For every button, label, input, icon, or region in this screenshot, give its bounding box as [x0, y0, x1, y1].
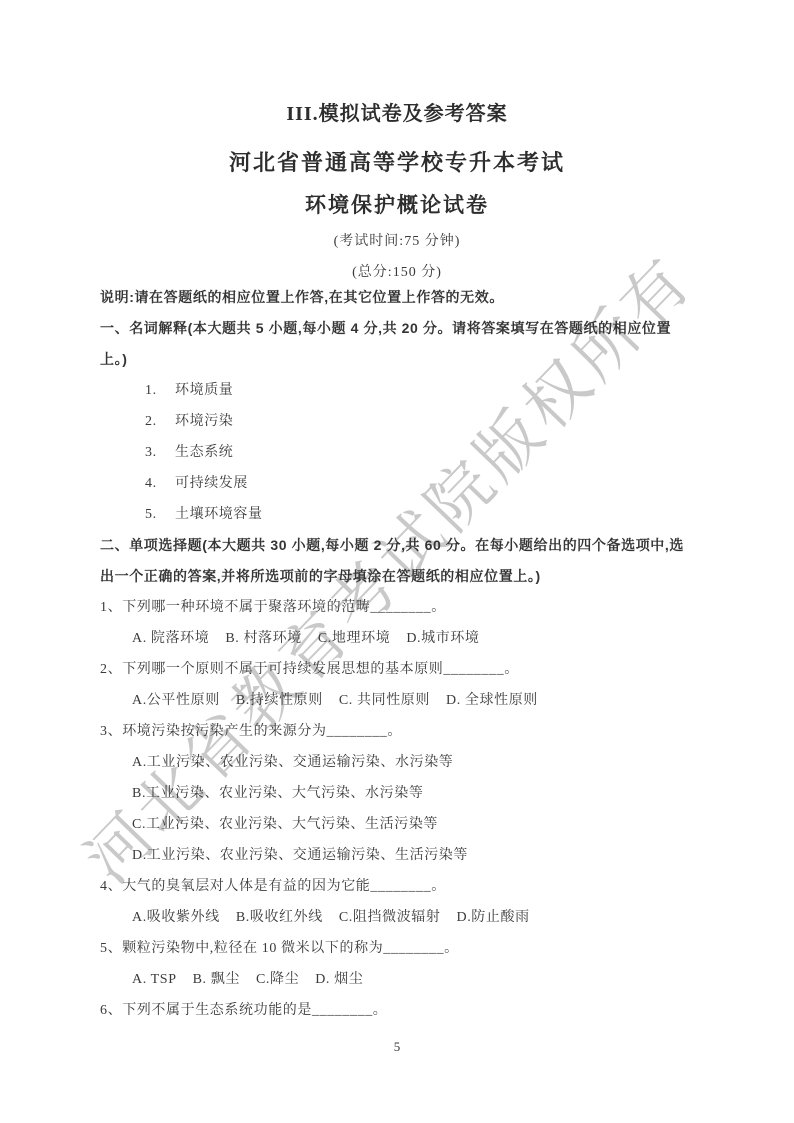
question-3: 3、环境污染按污染产生的来源分为________。 A.工业污染、农业污染、交通… [100, 716, 694, 871]
option-d: D.工业污染、农业污染、交通运输污染、生活污染等 [100, 840, 694, 871]
section1-term-list: 1.环境质量 2.环境污染 3.生态系统 4.可持续发展 5.土壤环境容量 [100, 375, 694, 530]
question-stem: 3、环境污染按污染产生的来源分为________。 [100, 716, 694, 747]
page-content: III.模拟试卷及参考答案 河北省普通高等学校专升本考试 环境保护概论试卷 (考… [0, 0, 794, 1062]
term-text: 生态系统 [175, 445, 233, 460]
question-stem: 1、下列哪一种环境不属于聚落环境的范畴________。 [100, 592, 694, 623]
term-text: 环境质量 [175, 383, 233, 398]
page-title: III.模拟试卷及参考答案 [100, 0, 694, 127]
question-options: A.工业污染、农业污染、交通运输污染、水污染等 B.工业污染、农业污染、大气污染… [100, 747, 694, 871]
term-number: 3. [145, 437, 175, 468]
question-2: 2、下列哪一个原则不属于可持续发展思想的基本原则________。 A.公平性原… [100, 654, 694, 716]
section1-heading: 一、名词解释(本大题共 5 小题,每小题 4 分,共 20 分。请将答案填写在答… [100, 313, 694, 375]
term-text: 环境污染 [175, 414, 233, 429]
option-b: B. 飘尘 [193, 964, 240, 995]
question-stem: 6、下列不属于生态系统功能的是________。 [100, 995, 694, 1026]
option-b: B. 村落环境 [225, 623, 302, 654]
question-options: A.吸收紫外线 B.吸收红外线 C.阻挡微波辐射 D.防止酸雨 [100, 902, 694, 933]
option-a: A.公平性原则 [132, 685, 220, 716]
term-item-1: 1.环境质量 [100, 375, 694, 406]
option-b: B.工业污染、农业污染、大气污染、水污染等 [100, 778, 694, 809]
option-a: A.吸收紫外线 [132, 902, 220, 933]
term-item-3: 3.生态系统 [100, 437, 694, 468]
term-item-4: 4.可持续发展 [100, 468, 694, 499]
option-a: A. 院落环境 [132, 623, 209, 654]
option-a: A.工业污染、农业污染、交通运输污染、水污染等 [100, 747, 694, 778]
option-d: D. 烟尘 [315, 964, 363, 995]
term-text: 土壤环境容量 [175, 507, 263, 522]
option-a: A. TSP [132, 964, 177, 995]
option-c: C.降尘 [256, 964, 299, 995]
question-stem: 5、颗粒污染物中,粒径在 10 微米以下的称为________。 [100, 933, 694, 964]
option-c: C. 共同性原则 [339, 685, 430, 716]
question-options: A. 院落环境 B. 村落环境 C.地理环境 D.城市环境 [100, 623, 694, 654]
option-d: D.防止酸雨 [457, 902, 530, 933]
term-item-5: 5.土壤环境容量 [100, 499, 694, 530]
question-options: A.公平性原则 B.持续性原则 C. 共同性原则 D. 全球性原则 [100, 685, 694, 716]
option-d: D.城市环境 [406, 623, 479, 654]
term-number: 5. [145, 499, 175, 530]
term-number: 2. [145, 406, 175, 437]
exam-time: (考试时间:75 分钟) [100, 233, 694, 251]
term-item-2: 2.环境污染 [100, 406, 694, 437]
term-text: 可持续发展 [175, 476, 248, 491]
instructions: 说明:请在答题纸的相应位置上作答,在其它位置上作答的无效。 [100, 282, 694, 313]
question-1: 1、下列哪一种环境不属于聚落环境的范畴________。 A. 院落环境 B. … [100, 592, 694, 654]
exam-body: 说明:请在答题纸的相应位置上作答,在其它位置上作答的无效。 一、名词解释(本大题… [100, 282, 694, 1026]
option-b: B.吸收红外线 [236, 902, 323, 933]
exam-paper-page: 河北省教育考试院版权所有 III.模拟试卷及参考答案 河北省普通高等学校专升本考… [0, 0, 794, 1123]
option-c: C.地理环境 [318, 623, 390, 654]
option-c: C.阻挡微波辐射 [339, 902, 441, 933]
exam-title: 河北省普通高等学校专升本考试 [100, 149, 694, 177]
option-d: D. 全球性原则 [446, 685, 538, 716]
question-options: A. TSP B. 飘尘 C.降尘 D. 烟尘 [100, 964, 694, 995]
question-4: 4、大气的臭氧层对人体是有益的因为它能________。 A.吸收紫外线 B.吸… [100, 871, 694, 933]
question-6: 6、下列不属于生态系统功能的是________。 [100, 995, 694, 1026]
page-number: 5 [100, 1032, 694, 1062]
total-score: (总分:150 分) [100, 264, 694, 282]
option-b: B.持续性原则 [236, 685, 323, 716]
term-number: 1. [145, 375, 175, 406]
option-c: C.工业污染、农业污染、大气污染、生活污染等 [100, 809, 694, 840]
paper-title: 环境保护概论试卷 [100, 193, 694, 219]
term-number: 4. [145, 468, 175, 499]
question-stem: 4、大气的臭氧层对人体是有益的因为它能________。 [100, 871, 694, 902]
question-stem: 2、下列哪一个原则不属于可持续发展思想的基本原则________。 [100, 654, 694, 685]
section2-heading: 二、单项选择题(本大题共 30 小题,每小题 2 分,共 60 分。在每小题给出… [100, 530, 694, 592]
question-5: 5、颗粒污染物中,粒径在 10 微米以下的称为________。 A. TSP … [100, 933, 694, 995]
